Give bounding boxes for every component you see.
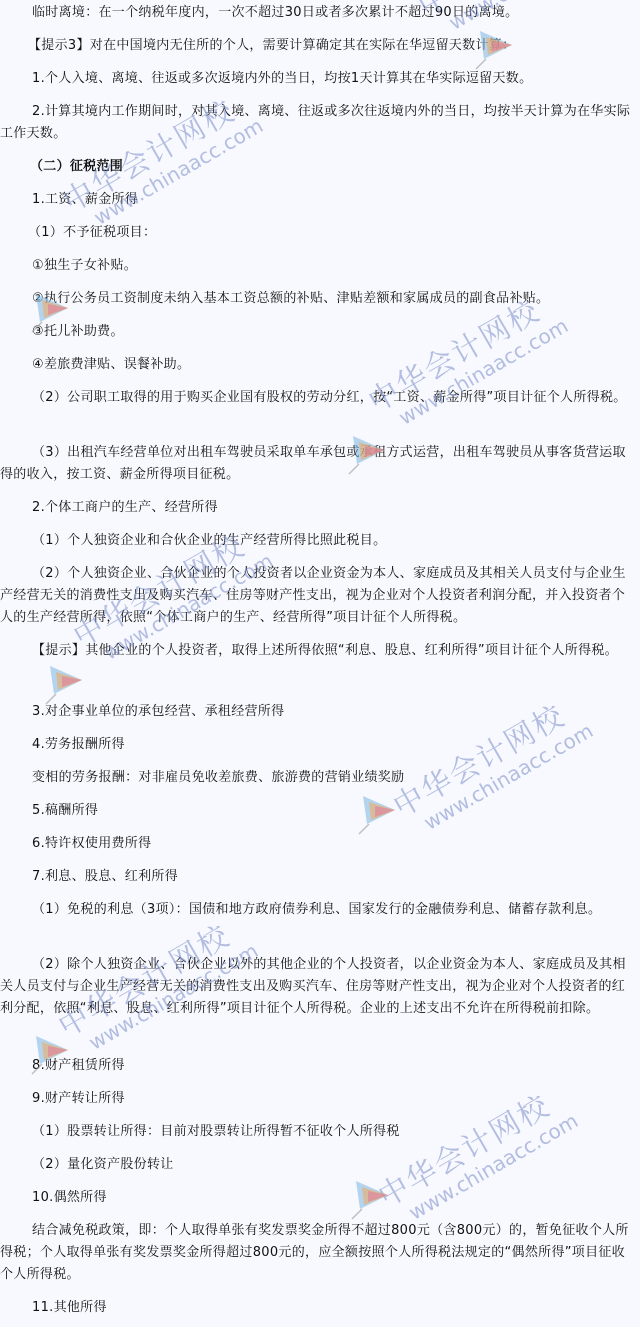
document-page: 临时离境：在一个纳税年度内，一次不超过30日或者多次累计不超过90日的离境。 【… (0, 0, 640, 1327)
paragraph-tip-3: 【提示3】对在中国境内无住所的个人，需要计算确定其在实际在华逗留天数计算： (0, 35, 632, 57)
item-9-property-transfer: 9.财产转让所得 (0, 1088, 632, 1110)
item-2-2-investor-expenses: （2）个人独资企业、合伙企业的个人投资者以企业资金为本人、家庭成员及其相关人员支… (0, 563, 632, 629)
paragraph-tip3-item-1: 1.个人入境、离境、往返或多次返境内外的当日，均按1天计算其在华实际逗留天数。 (0, 68, 632, 90)
item-8-property-lease: 8.财产租赁所得 (0, 1055, 632, 1077)
item-10-incidental-income: 10.偶然所得 (0, 1187, 632, 1209)
non-taxable-item-4: ④差旅费津贴、误餐补助。 (0, 354, 632, 376)
item-1-wages-salaries: 1.工资、薪金所得 (0, 189, 632, 211)
item-2-individual-business: 2.个体工商户的生产、经营所得 (0, 497, 632, 519)
paragraph-tip-other-investors: 【提示】其他企业的个人投资者，取得上述所得依照“利息、股息、红利所得”项目计征个… (0, 640, 632, 662)
paragraph-lottery-invoice-policy: 结合减免税政策，即：个人取得单张有奖发票奖金所得不超过800元（含800元）的，… (0, 1220, 632, 1286)
non-taxable-item-1: ①独生子女补贴。 (0, 255, 632, 277)
item-7-interest-dividends: 7.利息、股息、红利所得 (0, 866, 632, 888)
item-4-labor-remuneration: 4.劳务报酬所得 (0, 734, 632, 756)
paragraph-temporary-departure: 临时离境：在一个纳税年度内，一次不超过30日或者多次累计不超过90日的离境。 (0, 2, 632, 24)
item-1-1-non-taxable: （1）不予征税项目： (0, 222, 632, 244)
item-7-2-dividend-distribution: （2）除个人独资企业、合伙企业以外的其他企业的个人投资者，以企业资金为本人、家庭… (0, 954, 632, 1020)
paragraph-tip3-item-2: 2.计算其境内工作期间时，对其入境、离境、往返或多次往返境内外的当日，均按半天计… (0, 101, 632, 145)
item-1-3-taxi-drivers: （3）出租汽车经营单位对出租车驾驶员采取单车承包或承租方式运营，出租车驾驶员从事… (0, 442, 632, 486)
item-2-1-sole-proprietorship: （1）个人独资企业和合伙企业的生产经营所得比照此税目。 (0, 530, 632, 552)
item-3-contracting-income: 3.对企事业单位的承包经营、承租经营所得 (0, 701, 632, 723)
item-5-author-remuneration: 5.稿酬所得 (0, 800, 632, 822)
section-heading-tax-scope: （二）征税范围 (30, 156, 630, 178)
item-11-other-income: 11.其他所得 (0, 1297, 632, 1319)
item-6-royalties: 6.特许权使用费所得 (0, 833, 632, 855)
non-taxable-item-3: ③托儿补助费。 (0, 321, 632, 343)
paragraph-disguised-remuneration: 变相的劳务报酬：对非雇员免收差旅费、旅游费的营销业绩奖励 (0, 767, 632, 789)
item-9-1-stock-transfer: （1）股票转让所得：目前对股票转让所得暂不征收个人所得税 (0, 1121, 632, 1143)
item-7-1-tax-free-interest: （1）免税的利息（3项）：国债和地方政府债券利息、国家发行的金融债券利息、储蓄存… (0, 899, 632, 921)
item-9-2-quantified-shares: （2）量化资产股份转让 (0, 1154, 632, 1176)
item-1-2-labor-dividend: （2）公司职工取得的用于购买企业国有股权的劳动分红，按“工资、薪金所得”项目计征… (0, 387, 632, 409)
non-taxable-item-2: ②执行公务员工资制度未纳入基本工资总额的补贴、津贴差额和家属成员的副食品补贴。 (0, 288, 632, 310)
